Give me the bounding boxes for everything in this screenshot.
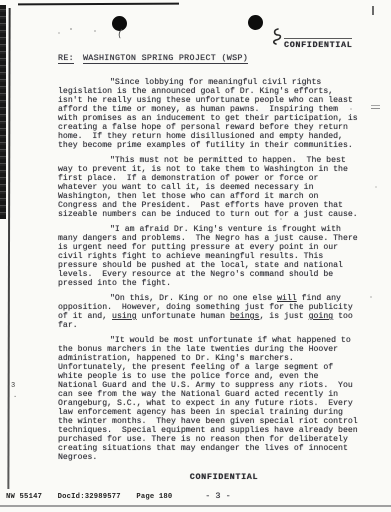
scan-tick-artifact bbox=[372, 6, 374, 15]
footer-reference: NW 55147 bbox=[6, 493, 42, 501]
margin-dash-artifact bbox=[371, 108, 380, 109]
paragraph: "On this, Dr. King or no one else will f… bbox=[58, 294, 360, 330]
paragraph: "Since lobbying for meaningful civil rig… bbox=[58, 78, 360, 150]
scan-top-edge-artifact bbox=[18, 3, 179, 6]
binder-edge-artifact bbox=[0, 5, 6, 219]
classification-stamp-top: CONFIDENTIAL bbox=[284, 38, 352, 50]
paragraph: "This must not be permitted to happen. T… bbox=[58, 156, 360, 219]
paragraph: "I am afraid Dr. King's venture is froug… bbox=[58, 225, 360, 288]
punch-hole-mark bbox=[248, 15, 263, 30]
document-page: ( 3 . CONFIDENTIAL RE:WASHINGTON SPRING … bbox=[0, 0, 391, 512]
footer-page-label: Page 180 bbox=[136, 493, 172, 501]
stray-pen-mark: ( bbox=[116, 28, 124, 40]
scan-fold-line-artifact bbox=[7, 8, 10, 489]
subject-label: RE: bbox=[58, 53, 74, 64]
document-body: "Since lobbying for meaningful civil rig… bbox=[58, 78, 360, 501]
footer-doc-id: DocId:32989577 bbox=[58, 493, 121, 501]
release-footer: NW 55147 DocId:32989577 Page 180 bbox=[6, 493, 183, 501]
subject-title: WASHINGTON SPRING PROJECT (WSP) bbox=[83, 53, 248, 64]
margin-stray-mark: 3 bbox=[11, 382, 15, 390]
scan-bottom-edge-artifact bbox=[0, 505, 391, 507]
handwritten-squiggle-mark bbox=[269, 27, 284, 51]
paragraph: "It would be most unfortunate if what ha… bbox=[58, 336, 360, 462]
subject-heading: RE:WASHINGTON SPRING PROJECT (WSP) bbox=[58, 53, 248, 63]
margin-stray-dot: . bbox=[13, 392, 17, 400]
classification-stamp-bottom: CONFIDENTIAL bbox=[58, 472, 360, 482]
